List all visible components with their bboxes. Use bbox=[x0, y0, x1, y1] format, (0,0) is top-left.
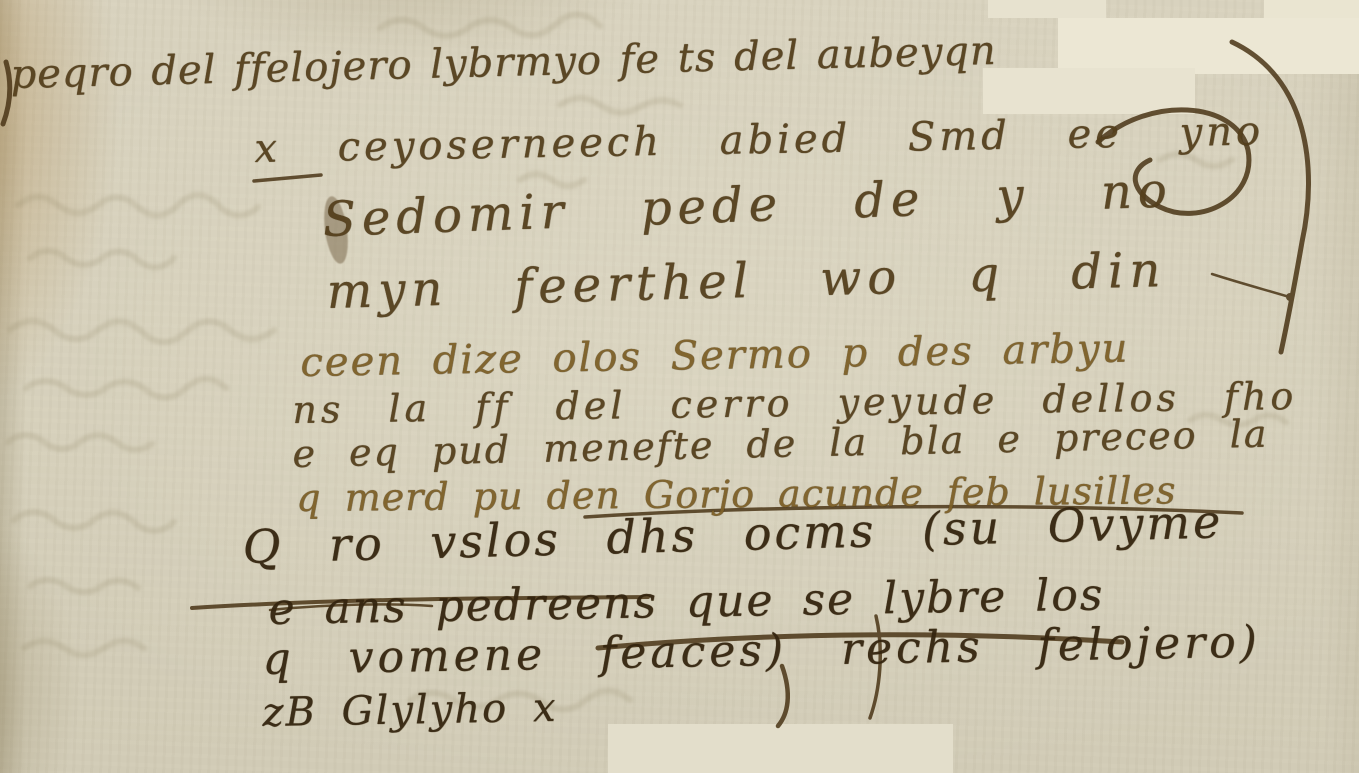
masked-patch-bottom bbox=[608, 724, 953, 773]
handwriting-line-3: Sedomir pede de y no bbox=[322, 162, 1174, 248]
handwriting-line-12: zB Glylyho x bbox=[262, 685, 558, 736]
masked-patch-right-band bbox=[1058, 18, 1359, 74]
masked-patch-top bbox=[988, 0, 1106, 18]
manuscript-scan: peqro del ffelojero lybrmyo fe ts del au… bbox=[0, 0, 1359, 773]
handwriting-line-4: myn feerthel wo q din bbox=[326, 242, 1167, 320]
handwriting-line-1: peqro del ffelojero lybrmyo fe ts del au… bbox=[10, 28, 997, 98]
handwriting-line-2: x ceyoserneech abied Smd ee yno bbox=[254, 108, 1264, 172]
masked-patch-right-band-2 bbox=[983, 68, 1195, 114]
handwriting-line-5: ceen dize olos Sermo p des arbyu bbox=[300, 326, 1130, 386]
